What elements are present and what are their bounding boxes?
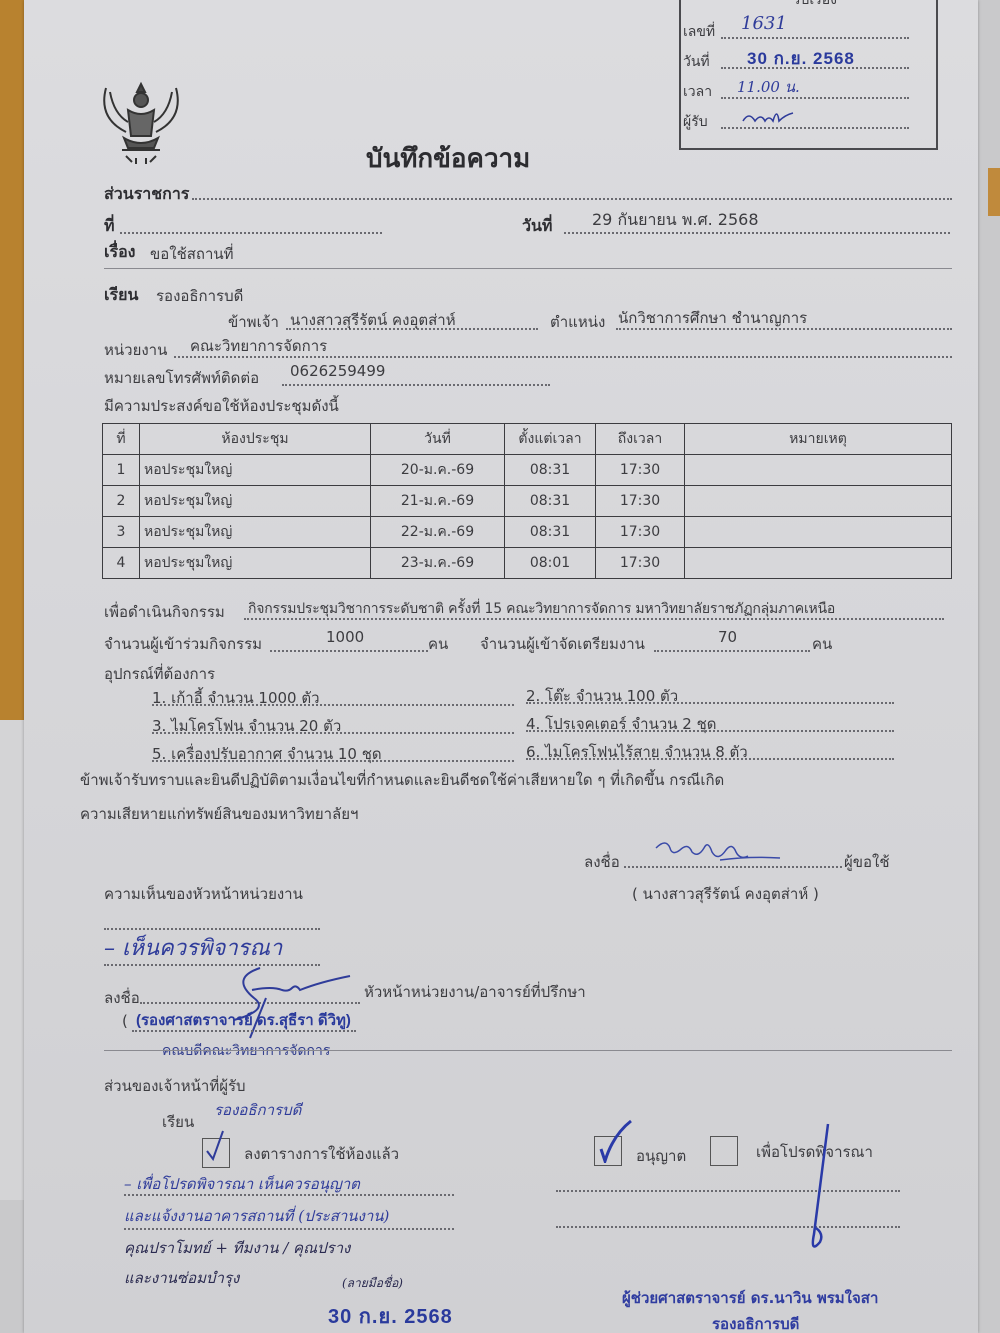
equipment-label: อุปกรณ์ที่ต้องการ [104,662,215,686]
equipment-item: 1. เก้าอี้ จำนวน 1000 ตัว [152,686,320,710]
receipt-number-value: 1631 [741,13,787,34]
participants-value: 1000 [326,628,364,646]
check-mark-icon [203,1129,229,1161]
staff-label: จำนวนผู้เข้าจัดเตรียมงาน [480,632,645,656]
approve-label: อนุญาต [636,1144,686,1168]
date-value: 29 กันยายน พ.ศ. 2568 [592,208,759,233]
officer-note: และแจ้งงานอาคารสถานที่ (ประสานงาน) [124,1204,389,1228]
receiver-signature [739,103,799,127]
agreement-line-2: ความเสียหายแก่ทรัพย์สินของมหาวิทยาลัยฯ [80,802,358,826]
requester-value: นางสาวสุรีรัตน์ คงอุตส่าห์ [290,308,456,332]
head-sign-label: ลงชื่อ [104,986,140,1010]
intent-text: มีความประสงค์ขอใช้ห้องประชุมดังนี้ [104,394,339,418]
staff-unit: คน [812,632,832,656]
officer-to-value: รองอธิการบดี [214,1098,301,1122]
officer-note: และงานซ่อมบำรุง [124,1266,239,1290]
folder-edge-left [0,0,25,720]
officer-to-label: เรียน [162,1110,194,1134]
receipt-box: รับเรื่อง เลขที่ 1631 วันที่ 30 ก.ย. 256… [679,0,938,150]
ref-label: ที่ [104,214,115,239]
memo-document: รับเรื่อง เลขที่ 1631 วันที่ 30 ก.ย. 256… [24,0,978,1333]
phone-label: หมายเลขโทรศัพท์ติดต่อ [104,366,259,390]
ref-field [120,232,382,234]
subject-label: เรื่อง [104,240,135,265]
participants-unit: คน [428,632,448,656]
head-name-open-paren: ( [122,1012,128,1030]
col-header-start: ตั้งแต่เวลา [505,424,596,455]
requester-label: ข้าพเจ้า [228,310,279,334]
receipt-date-label: วันที่ [683,51,710,73]
head-role: หัวหน้าหน่วยงาน/อาจารย์ที่ปรึกษา [364,980,586,1004]
unit-label: หน่วยงาน [104,338,167,362]
scheduled-checkbox[interactable] [202,1138,230,1168]
officer-note: – เพื่อโปรดพิจารณา เห็นควรอนุญาต [124,1172,360,1196]
officer-date-stamp: 30 ก.ย. 2568 [328,1300,453,1332]
equipment-item: 2. โต๊ะ จำนวน 100 ตัว [526,684,678,708]
table-row: 2 หอประชุมใหญ่ 21-ม.ค.-69 08:31 17:30 [103,486,952,517]
equipment-item: 6. ไมโครโฟนไร้สาย จำนวน 8 ตัว [526,740,748,764]
requester-sign-label: ลงชื่อ [584,850,620,874]
garuda-emblem-icon [96,78,186,166]
participants-label: จำนวนผู้เข้าร่วมกิจกรรม [104,632,262,656]
phone-value: 0626259499 [290,362,385,380]
agreement-line-1: ข้าพเจ้ารับทราบและยินดีปฏิบัติตามเงื่อนไ… [80,768,724,792]
head-name: (รองศาสตราจารย์ ดร.สุธีรา ดีวิทู) [136,1008,351,1032]
col-header-date: วันที่ [371,424,505,455]
approve-checkbox[interactable] [594,1136,622,1166]
position-value: นักวิชาการศึกษา ชำนาญการ [618,306,807,330]
subject-value: ขอใช้สถานที่ [150,242,234,266]
approver-title: รองอธิการบดี [712,1312,799,1333]
requester-signature [650,834,790,868]
receipt-number-label: เลขที่ [683,21,715,43]
purpose-label: เพื่อดำเนินกิจกรรม [104,600,225,624]
receipt-date-stamp: 30 ก.ย. 2568 [747,45,855,72]
department-label: ส่วนราชการ [104,182,189,207]
receipt-receiver-label: ผู้รับ [683,111,708,133]
department-field [192,198,952,200]
equipment-item: 3. ไมโครโฟน จำนวน 20 ตัว [152,714,341,738]
unit-value: คณะวิทยาการจัดการ [190,334,327,358]
to-label: เรียน [104,283,138,308]
page-title: บันทึกข้อความ [366,138,530,179]
rooms-table: ที่ ห้องประชุม วันที่ ตั้งแต่เวลา ถึงเวล… [102,423,952,579]
receipt-time-label: เวลา [683,81,712,103]
approver-name: ผู้ช่วยศาสตราจารย์ ดร.นาวิน พรมใจสา [622,1286,878,1310]
officer-initials: (ลายมือชื่อ) [342,1274,403,1293]
staff-value: 70 [718,628,737,646]
col-header-end: ถึงเวลา [596,424,685,455]
head-opinion-heading: ความเห็นของหัวหน้าหน่วยงาน [104,882,303,906]
table-row: 1 หอประชุมใหญ่ 20-ม.ค.-69 08:31 17:30 [103,455,952,486]
equipment-item: 5. เครื่องปรับอากาศ จำนวน 10 ชุด [152,742,382,766]
col-header-note: หมายเหตุ [685,424,952,455]
col-header-room: ห้องประชุม [140,424,371,455]
approver-signature [794,1120,844,1260]
officer-note: คุณปราโมทย์ + ทีมงาน / คุณปราง [124,1236,350,1260]
table-header-row: ที่ ห้องประชุม วันที่ ตั้งแต่เวลา ถึงเวล… [103,424,952,455]
date-label: วันที่ [522,214,552,239]
receipt-heading: รับเรื่อง [793,0,837,11]
position-label: ตำแหน่ง [550,310,605,334]
table-row: 4 หอประชุมใหญ่ 23-ม.ค.-69 08:01 17:30 [103,548,952,579]
to-value: รองอธิการบดี [156,284,243,308]
scheduled-label: ลงตารางการใช้ห้องแล้ว [244,1142,399,1166]
officer-heading: ส่วนของเจ้าหน้าที่ผู้รับ [104,1074,246,1098]
head-title: คณบดีคณะวิทยาการจัดการ [162,1040,330,1062]
consider-checkbox[interactable] [710,1136,738,1166]
requester-role: ผู้ขอใช้ [844,850,890,874]
receipt-time-value: 11.00 น. [737,75,800,99]
table-row: 3 หอประชุมใหญ่ 22-ม.ค.-69 08:31 17:30 [103,517,952,548]
requester-name: ( นางสาวสุรีรัตน์ คงอุตส่าห์ ) [632,882,819,906]
folder-edge-right [988,168,1000,216]
col-header-no: ที่ [103,424,140,455]
purpose-value: กิจกรรมประชุมวิชาการระดับชาติ ครั้งที่ 1… [248,598,835,620]
check-mark-icon [597,1119,633,1163]
equipment-item: 4. โปรเจคเตอร์ จำนวน 2 ชุด [526,712,717,736]
